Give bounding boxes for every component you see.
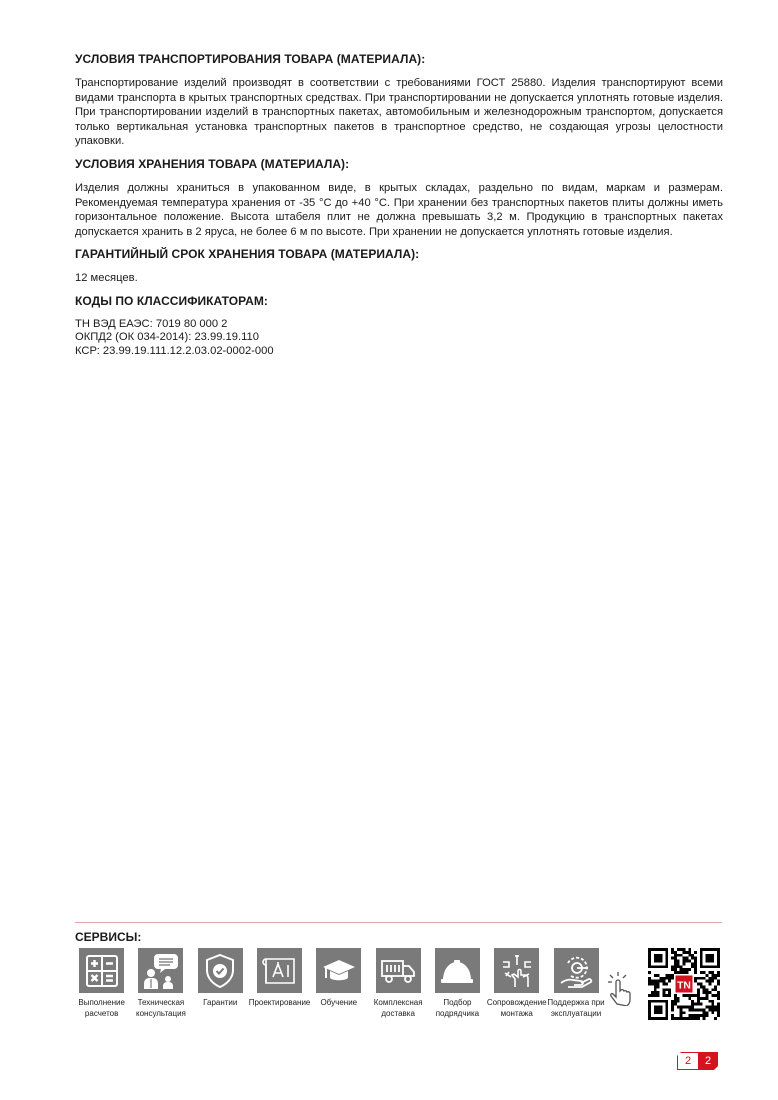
calculator-icon (79, 948, 124, 993)
storage-heading: УСЛОВИЯ ХРАНЕНИЯ ТОВАРА (МАТЕРИАЛА): (75, 157, 723, 171)
service-support[interactable]: Поддержка приэксплуатации (549, 948, 608, 1019)
support-icon (554, 948, 599, 993)
current-page: 2 (677, 1052, 698, 1070)
codes-list: ТН ВЭД ЕАЭС: 7019 80 000 2 ОКПД2 (ОК 034… (75, 318, 723, 359)
service-contractor[interactable]: Подборподрядчика (431, 948, 490, 1019)
code-okpd2: ОКПД2 (ОК 034-2014): 23.99.19.110 (75, 331, 723, 345)
footer-divider (75, 922, 722, 923)
transport-heading: УСЛОВИЯ ТРАНСПОРТИРОВАНИЯ ТОВАРА (МАТЕРИ… (75, 52, 723, 66)
total-pages: 2 (698, 1052, 718, 1070)
hard-hat-icon (435, 948, 480, 993)
svg-text:TN: TN (677, 980, 691, 991)
installation-icon (494, 948, 539, 993)
shield-check-icon (198, 948, 243, 993)
services-row: Выполнениерасчетов Техническаяконсультац… (75, 948, 609, 1019)
service-installation[interactable]: Сопровождениемонтажа (490, 948, 549, 1019)
service-guarantees[interactable]: Гарантии (194, 948, 253, 1019)
blueprint-icon (257, 948, 302, 993)
service-consultation[interactable]: Техническаяконсультация (134, 948, 193, 1019)
service-design[interactable]: Проектирование (253, 948, 312, 1019)
service-delivery[interactable]: Комплекснаядоставка (371, 948, 430, 1019)
consultation-icon (138, 948, 183, 993)
codes-heading: КОДЫ ПО КЛАССИФИКАТОРАМ: (75, 294, 723, 308)
code-tnved: ТН ВЭД ЕАЭС: 7019 80 000 2 (75, 318, 723, 332)
page-indicator: 2 2 (677, 1052, 718, 1070)
code-ksr: КСР: 23.99.19.111.12.2.03.02-0002-000 (75, 345, 723, 359)
services-title: СЕРВИСЫ: (75, 930, 141, 944)
document-body: УСЛОВИЯ ТРАНСПОРТИРОВАНИЯ ТОВАРА (МАТЕРИ… (75, 52, 723, 358)
warranty-text: 12 месяцев. (75, 271, 723, 286)
pointer-hand-icon (604, 970, 634, 1011)
qr-code[interactable]: TN (648, 948, 720, 1020)
truck-icon (376, 948, 421, 993)
service-training[interactable]: Обучение (312, 948, 371, 1019)
warranty-heading: ГАРАНТИЙНЫЙ СРОК ХРАНЕНИЯ ТОВАРА (МАТЕРИ… (75, 247, 723, 261)
service-calculations[interactable]: Выполнениерасчетов (75, 948, 134, 1019)
graduation-cap-icon (316, 948, 361, 993)
transport-text: Транспортирование изделий производят в с… (75, 76, 723, 149)
storage-text: Изделия должны храниться в упакованном в… (75, 181, 723, 239)
